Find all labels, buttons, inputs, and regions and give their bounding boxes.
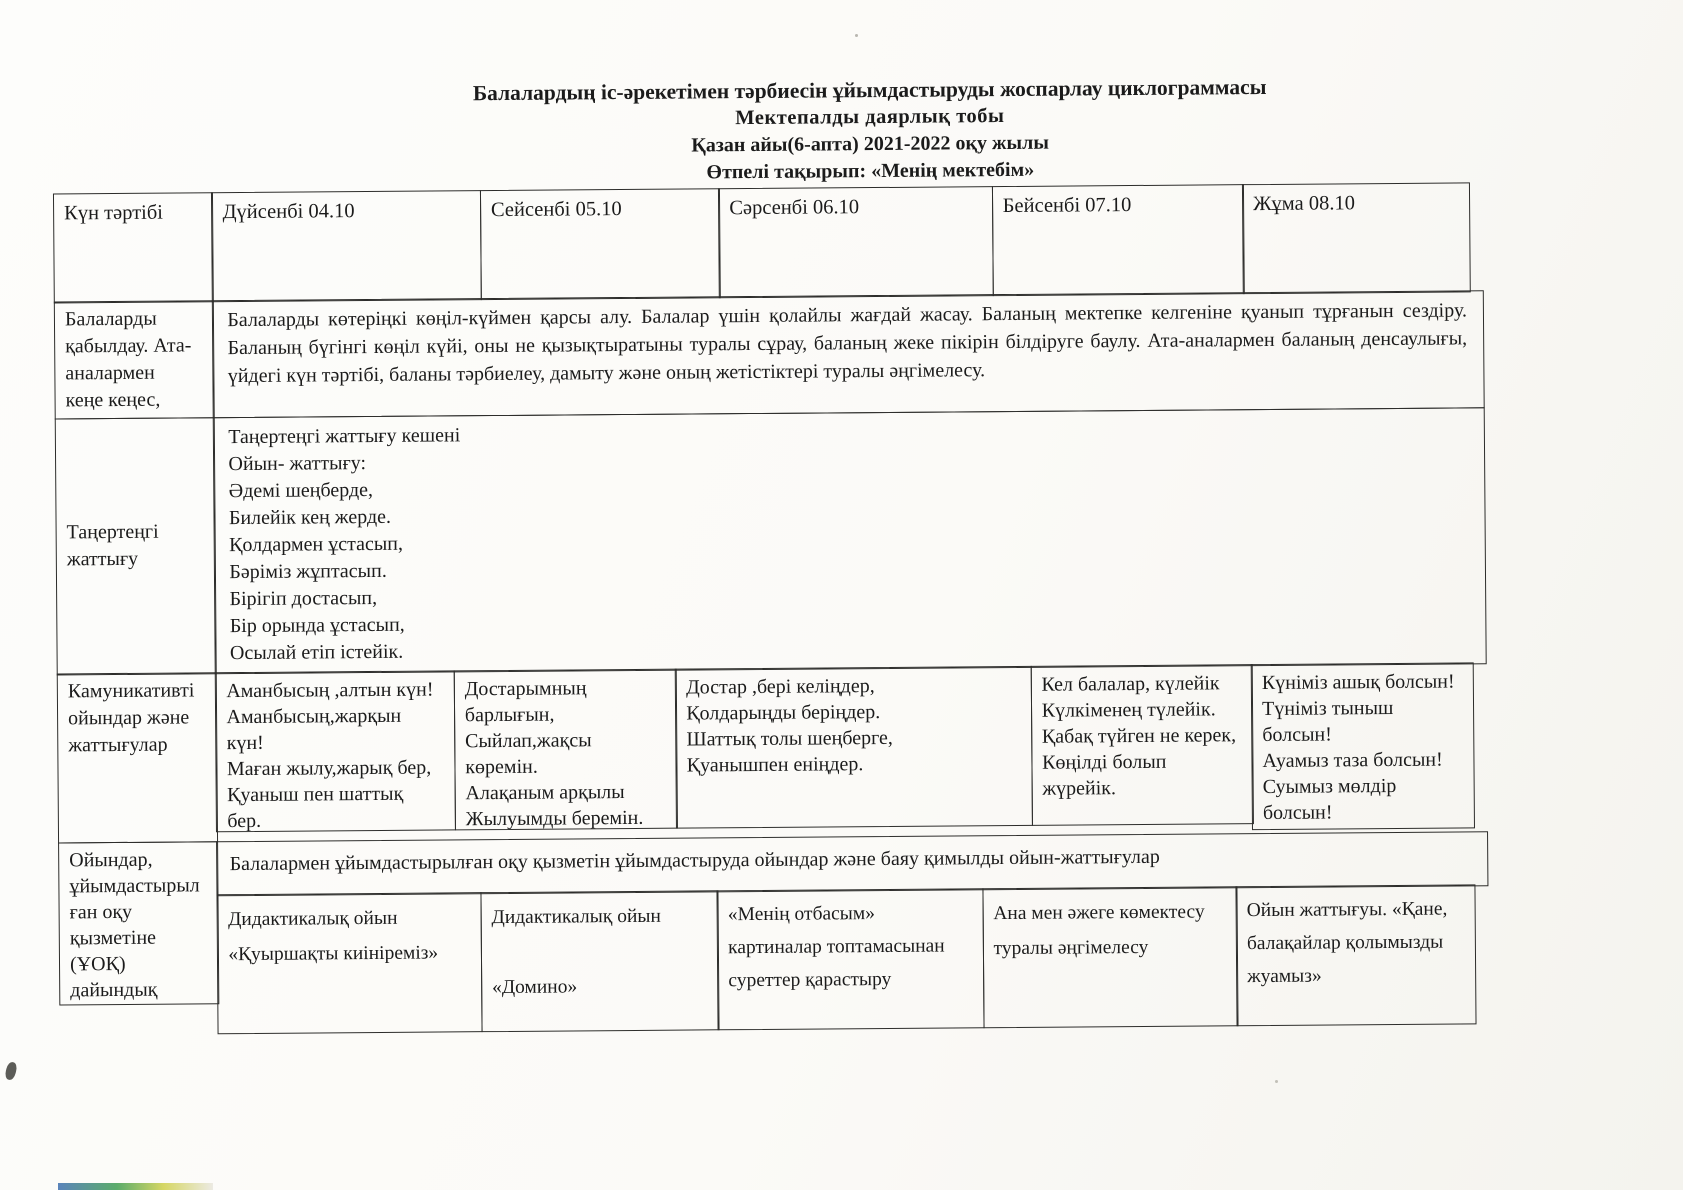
morning-exercise-content: Таңертеңгі жаттығу кешені Ойын- жаттығу:…: [213, 407, 1487, 674]
reception-label: Балаларды қабылдау. Ата- аналармен кеңе …: [54, 301, 215, 420]
cyclogram-table: Күн тәртібі Дүйсенбі 04.10 Сейсенбі 05.1…: [53, 182, 1490, 1038]
poem-monday: Аманбысың ,алтын күн! Аманбысың,жарқын к…: [215, 671, 456, 833]
row-morning-exercise: Таңертеңгі жаттығу Таңертеңгі жаттығу ке…: [55, 407, 1487, 675]
scanned-paper: Балалардың іс-әрекетімен тәрбиесін ұйымд…: [0, 0, 1683, 1190]
game-wednesday: «Менің отбасым» картиналар топтамасынан …: [717, 888, 985, 1030]
header-friday: Жұма 08.10: [1242, 182, 1471, 294]
games-preparation-label: Ойындар, ұйымдастырыл ған оқу қызметіне …: [58, 841, 219, 1005]
document-sheet: Балалардың іс-әрекетімен тәрбиесін ұйымд…: [51, 0, 1489, 1038]
scan-speck: [855, 34, 858, 37]
games-preparation-content: Балалармен ұйымдастырылған оқу қызметін …: [216, 831, 1489, 1034]
header-wednesday: Сәрсенбі 06.10: [718, 186, 994, 298]
row-reception: Балаларды қабылдау. Ата- аналармен кеңе …: [54, 291, 1485, 420]
poem-thursday: Кел балалар, күлейік Күлкіменең түлейік.…: [1030, 664, 1253, 826]
game-tuesday: Дидактикалық ойын «Домино»: [480, 890, 719, 1032]
communicative-games-cells: Аманбысың ,алтын күн! Аманбысың,жарқын к…: [215, 663, 1475, 843]
scan-color-strip: [58, 1183, 213, 1190]
poem-tuesday: Достарымның барлығын, Сыйлап,жақсы көрем…: [454, 669, 678, 831]
poem-wednesday: Достар ,бері келіңдер, Қолдарыңды беріңд…: [675, 666, 1033, 829]
game-monday: Дидактикалық ойын «Қуыршақты киініреміз»: [217, 892, 483, 1034]
game-friday: Ойын жаттығуы. «Қане, балақайлар қолымыз…: [1235, 884, 1476, 1026]
game-thursday: Ана мен әжеге көмектесу туралы әңгімелес…: [982, 886, 1238, 1028]
morning-exercise-label: Таңертеңгі жаттығу: [55, 417, 217, 675]
scan-smudge: [4, 1061, 18, 1081]
games-preparation-cells: Дидактикалық ойын «Қуыршақты киініреміз»…: [217, 884, 1490, 1034]
row-day-header: Күн тәртібі Дүйсенбі 04.10 Сейсенбі 05.1…: [53, 182, 1484, 303]
document-title: Балалардың іс-әрекетімен тәрбиесін ұйымд…: [52, 72, 1483, 191]
row-games-preparation: Ойындар, ұйымдастырыл ған оқу қызметіне …: [58, 831, 1489, 1038]
row-communicative-games: Камуникативті ойындар және жаттығулар Ам…: [57, 662, 1488, 843]
reception-description: Балаларды көтеріңкі көңіл-күймен қарсы а…: [212, 291, 1484, 419]
header-daily-routine: Күн тәртібі: [53, 192, 214, 303]
header-monday: Дүйсенбі 04.10: [211, 190, 482, 302]
scan-speck: [1275, 1080, 1278, 1083]
header-thursday: Бейсенбі 07.10: [992, 184, 1245, 296]
header-tuesday: Сейсенбі 05.10: [480, 188, 721, 300]
communicative-games-label: Камуникативті ойындар және жаттығулар: [57, 672, 218, 843]
poem-friday: Күніміз ашық болсын! Түніміз тыныш болсы…: [1251, 663, 1475, 831]
